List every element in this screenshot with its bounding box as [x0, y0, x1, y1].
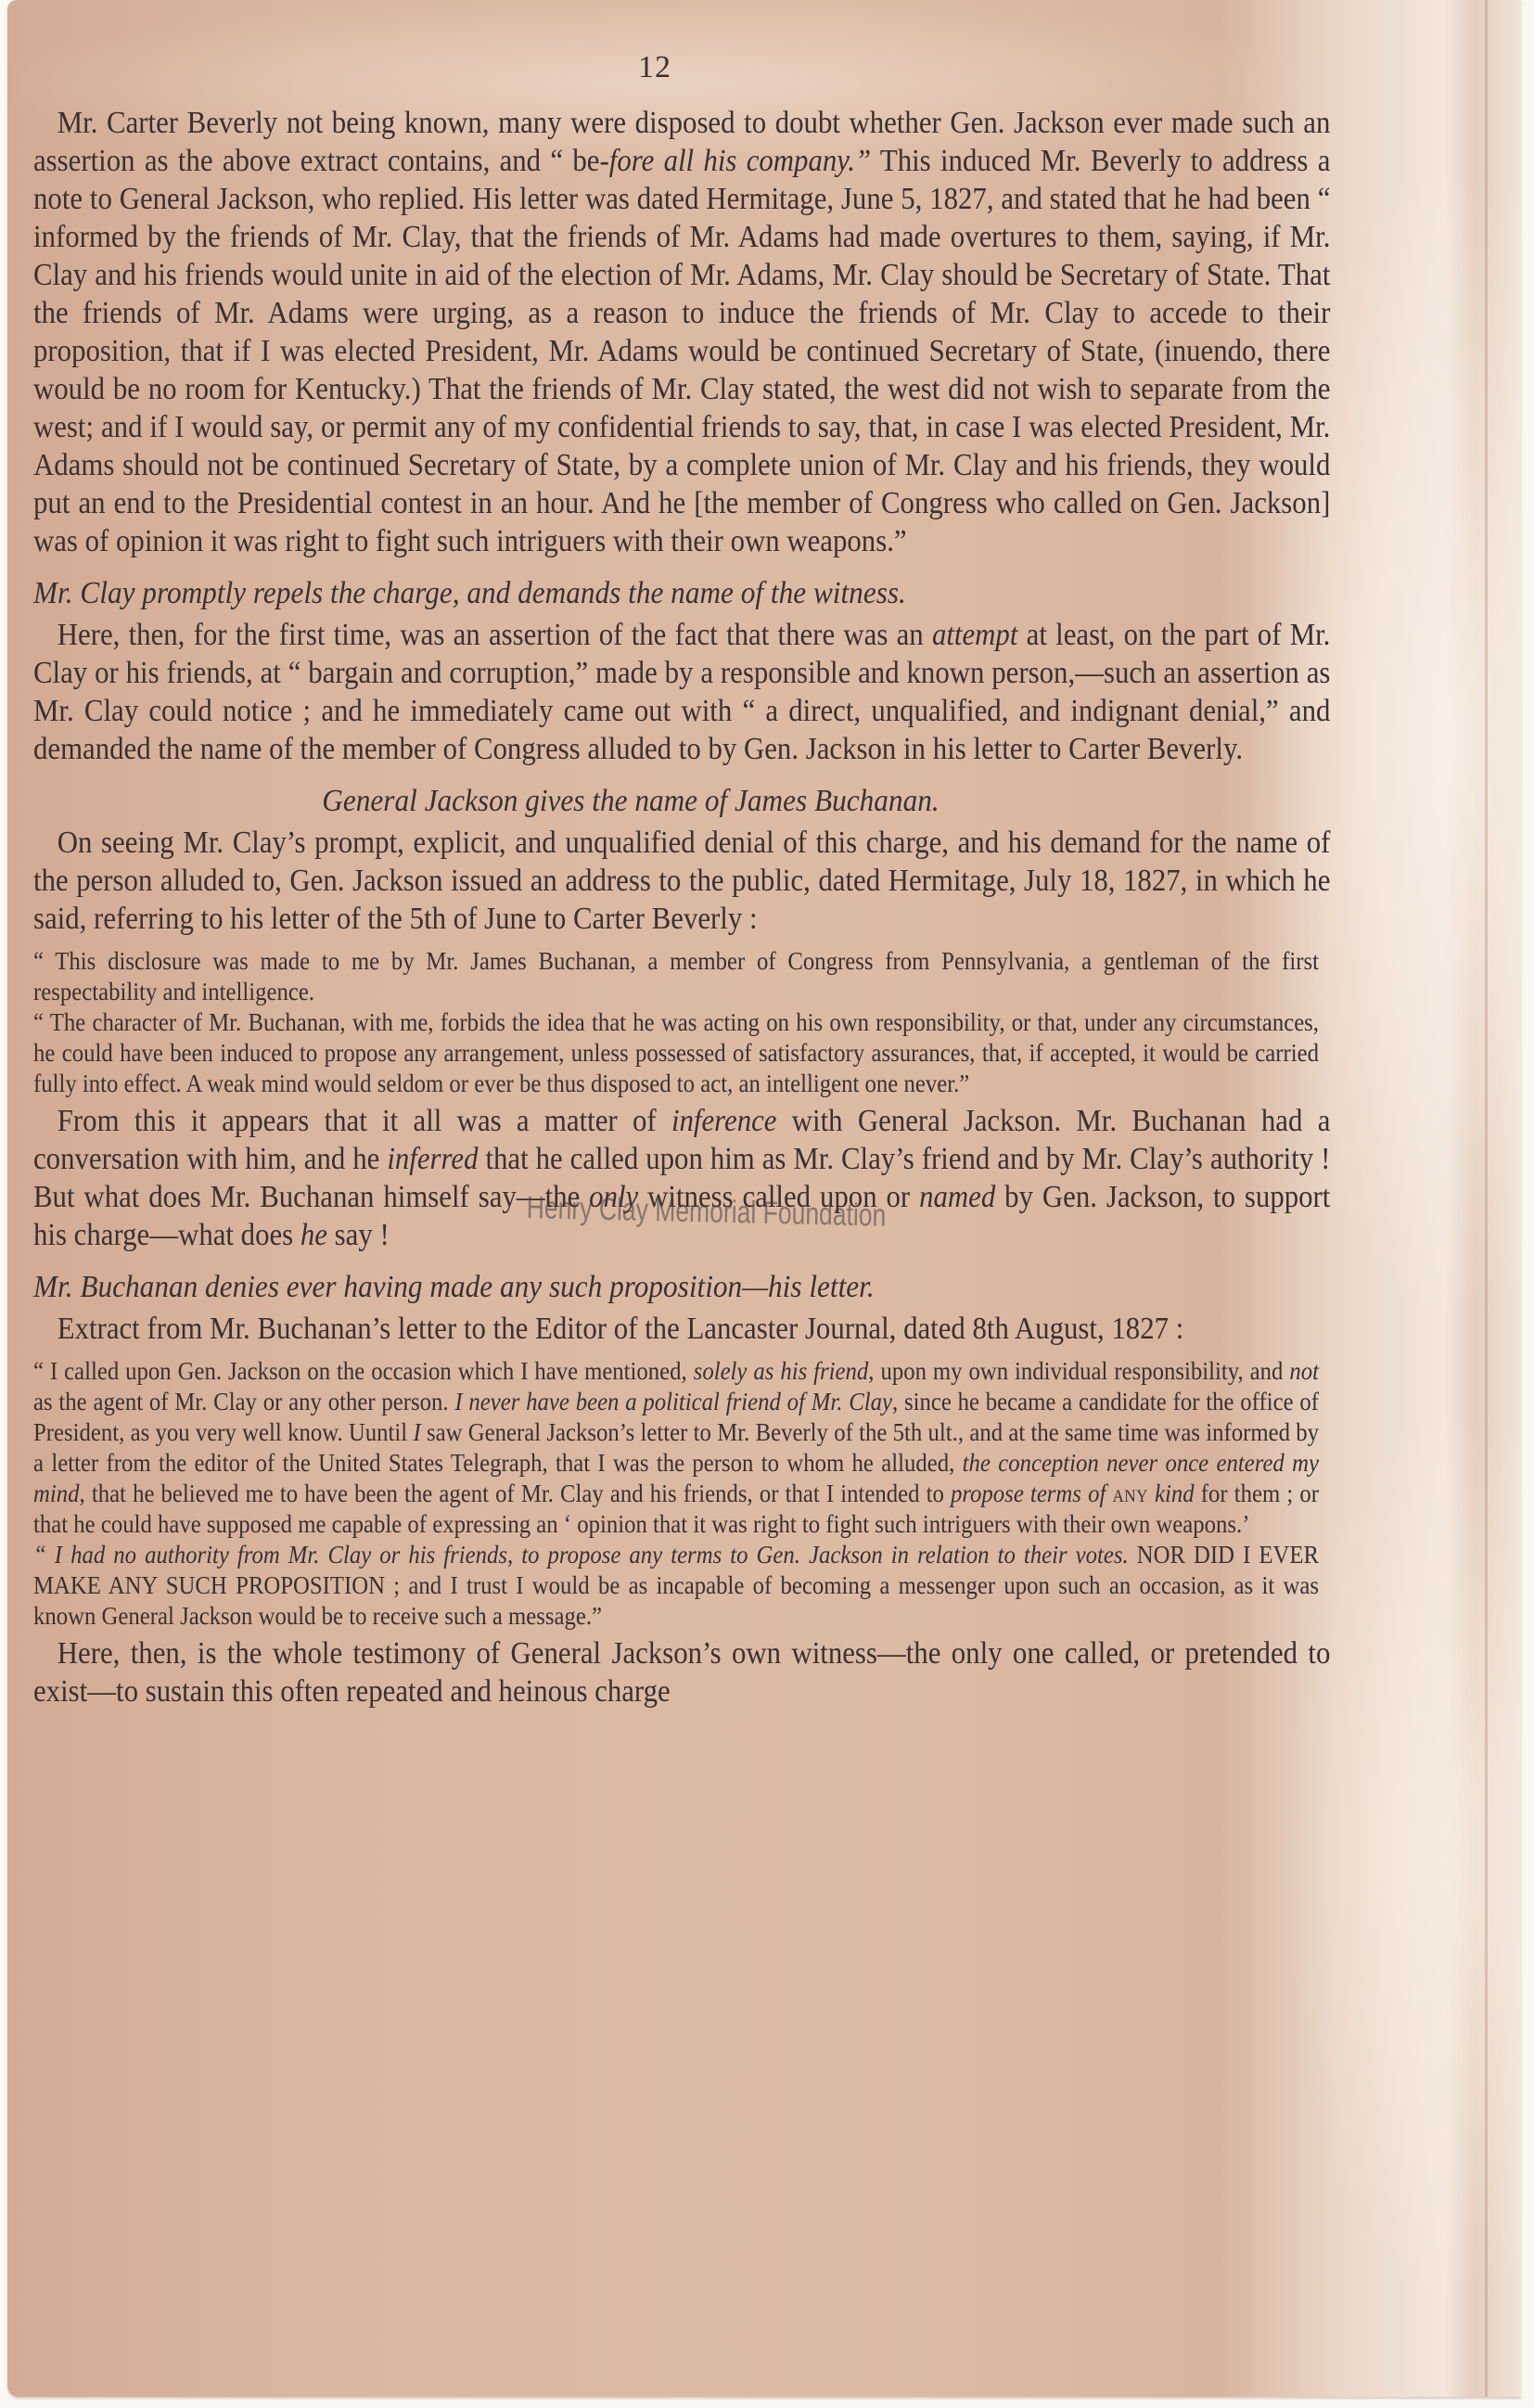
text-run: witness called upon or [638, 1180, 919, 1214]
italic-run: only [589, 1180, 638, 1214]
text-run: say ! [327, 1218, 390, 1252]
block-quote-buchanan: “ I called upon Gen. Jackson on the occa… [33, 1355, 1319, 1631]
text-run: On seeing Mr. Clay’s prompt, explicit, a… [33, 826, 1330, 936]
text-run: Here, then, is the whole testimony of Ge… [33, 1636, 1330, 1709]
quote-paragraph: “ This disclosure was made to me by Mr. … [33, 945, 1319, 1006]
italic-run: fore all his company.” [609, 144, 871, 178]
text-run: , that he believed me to have been the a… [80, 1479, 951, 1507]
italic-run: not [1289, 1356, 1319, 1385]
quote-paragraph: “ I had no authority from Mr. Clay or hi… [33, 1539, 1319, 1631]
italic-run: “ I had no authority from Mr. Clay or hi… [33, 1540, 1129, 1569]
paragraph-assertion: Here, then, for the first time, was an a… [33, 616, 1330, 768]
paragraph-beverly-letter: Mr. Carter Beverly not being known, many… [33, 104, 1330, 560]
text-run: This induced Mr. Beverly to address a no… [33, 144, 1330, 558]
italic-run: I [413, 1417, 420, 1446]
text-run: Here, then, for the first time, was an a… [58, 618, 932, 652]
page-text: 12 Mr. Carter Beverly not being known, m… [33, 37, 1313, 1710]
block-quote-jackson: “ This disclosure was made to me by Mr. … [33, 945, 1319, 1098]
section-heading-clay-repels: Mr. Clay promptly repels the charge, and… [33, 573, 1330, 614]
text-run: , upon my own individual responsibility,… [868, 1356, 1289, 1385]
italic-run: solely as his friend [694, 1356, 869, 1385]
paragraph-extract-intro: Extract from Mr. Buchanan’s letter to th… [33, 1310, 1330, 1348]
italic-run: kind [1155, 1479, 1195, 1507]
quote-paragraph: “ The character of Mr. Buchanan, with me… [33, 1006, 1319, 1098]
quote-paragraph: “ I called upon Gen. Jackson on the occa… [33, 1355, 1319, 1539]
text-run: “ I called upon Gen. Jackson on the occa… [33, 1356, 694, 1385]
paragraph-inference: From this it appears that it all was a m… [33, 1102, 1330, 1254]
italic-run: he [300, 1218, 327, 1252]
italic-run: propose terms of [951, 1479, 1106, 1507]
small-caps-run: any [1112, 1479, 1147, 1507]
italic-run: inference [671, 1104, 777, 1138]
section-heading-jackson-names-buchanan: General Jackson gives the name of James … [33, 781, 1330, 822]
section-heading-buchanan-denies: Mr. Buchanan denies ever having made any… [33, 1267, 1330, 1308]
italic-run: inferred [387, 1142, 478, 1176]
text-run: Extract from Mr. Buchanan’s letter to th… [58, 1312, 1184, 1346]
paragraph-jackson-address: On seeing Mr. Clay’s prompt, explicit, a… [33, 824, 1330, 938]
page-number: 12 [33, 50, 1313, 85]
document-page: 12 Mr. Carter Beverly not being known, m… [7, 0, 1521, 2397]
text-run: From this it appears that it all was a m… [58, 1104, 671, 1138]
italic-run: I never have been a political friend of … [454, 1387, 892, 1415]
italic-run: named [919, 1180, 995, 1214]
italic-run: attempt [932, 618, 1017, 652]
paragraph-whole-testimony: Here, then, is the whole testimony of Ge… [33, 1634, 1330, 1710]
text-run: as the agent of Mr. Clay or any other pe… [33, 1387, 454, 1415]
